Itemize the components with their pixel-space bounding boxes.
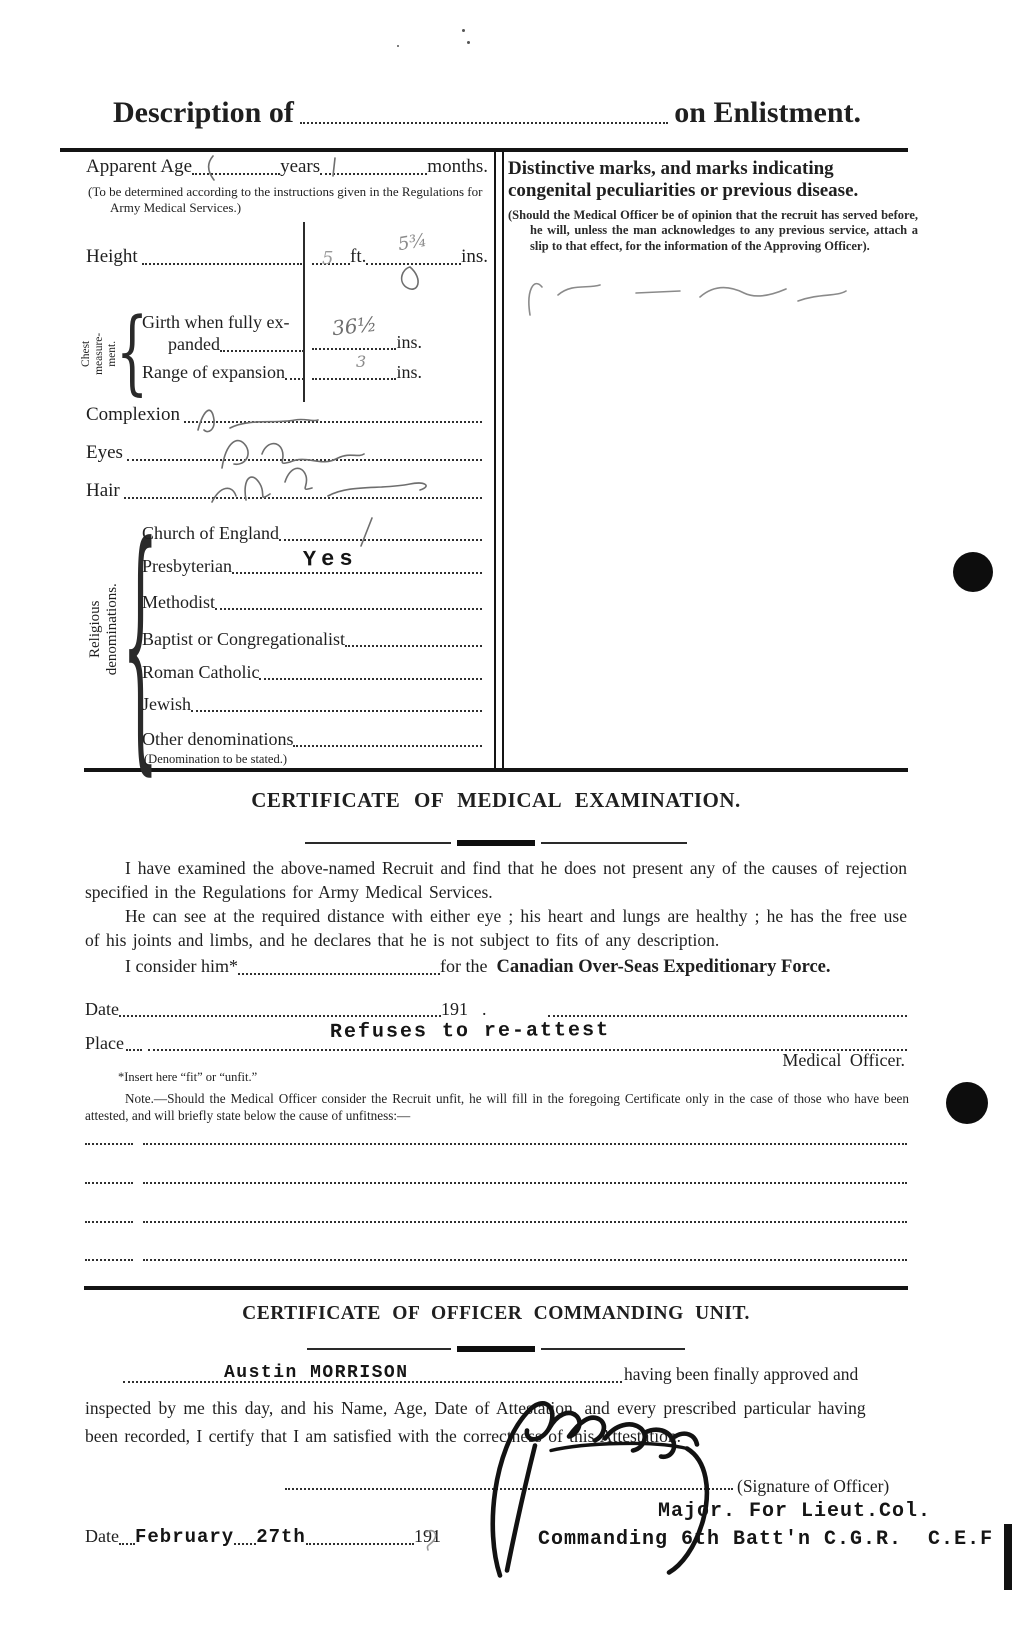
recruit-name-stamp: Austin MORRISON [224, 1363, 409, 1383]
title-prefix: Description of [113, 96, 294, 130]
officer-date-dots-c [306, 1543, 414, 1545]
officer-cert-ornament [307, 1346, 685, 1352]
officer-cert-heading: CERTIFICATE OF OFFICER COMMANDING UNIT. [85, 1303, 907, 1325]
unfit-note: Note.—Should the Medical Officer conside… [85, 1090, 909, 1124]
distinctive-marks-handwriting [529, 284, 846, 315]
date-day-stamp: 27th [256, 1526, 306, 1548]
officer-signature [455, 1388, 745, 1588]
title-blank-line [300, 122, 668, 124]
age-handwriting-mark [209, 156, 214, 180]
blank-rule-1 [85, 1143, 907, 1148]
medical-place-label: Place [85, 1033, 124, 1054]
approved-phrase: having been finally approved and [624, 1364, 908, 1385]
height-flourish-mark [402, 267, 418, 289]
medical-date-blank [119, 1015, 441, 1017]
title-suffix: on Enlistment. [674, 96, 861, 130]
age-months-handwriting-mark [333, 158, 335, 176]
officer-section-rule [84, 1286, 908, 1290]
place-blank-a [126, 1049, 142, 1051]
medical-cert-heading: CERTIFICATE OF MEDICAL EXAMINATION. [85, 788, 907, 813]
fit-blank [238, 973, 440, 975]
title-rule [60, 148, 908, 152]
medical-date-row: Date 191 . [85, 999, 907, 1020]
for-the-label: for the [440, 956, 487, 977]
form-title: Description of on Enlistment. [113, 96, 861, 130]
enlistment-form-page: Description of on Enlistment. Apparent A… [0, 0, 1012, 1632]
signature-caption: (Signature of Officer) [737, 1476, 889, 1497]
date-month-stamp: February [135, 1526, 234, 1548]
medical-signature-blank [548, 1015, 907, 1017]
punch-hole-top [953, 552, 993, 592]
medical-cert-ornament [305, 840, 687, 846]
scan-edge-artifact [1004, 1524, 1012, 1590]
insert-fit-note: *Insert here “fit” or “unfit.” [118, 1070, 257, 1085]
year-period: . [482, 999, 487, 1020]
officer-date-dots-b [234, 1543, 256, 1545]
ink-speck [397, 45, 399, 47]
rank-stamp: Major. For Lieut.Col. [658, 1500, 931, 1523]
ink-speck [462, 29, 465, 32]
officer-date-row: Date February 27th 191 [85, 1526, 441, 1548]
medical-cert-para2: He can see at the required distance with… [85, 904, 907, 952]
ink-speck [467, 41, 470, 44]
pencil-handwriting-overlay [80, 155, 910, 775]
year-prefix: 191 [441, 999, 468, 1020]
force-name: Canadian Over-Seas Expeditionary Force. [496, 957, 830, 978]
blank-rule-2 [85, 1182, 907, 1187]
complexion-handwriting [198, 410, 318, 431]
commanding-stamp: Commanding 6th Batt'n C.G.R. C.E.F [538, 1528, 993, 1551]
consider-label: I consider him* [125, 956, 238, 977]
blank-rule-3 [85, 1221, 907, 1226]
punch-hole-bottom [946, 1082, 988, 1124]
medical-cert-para1: I have examined the above-named Recruit … [85, 856, 907, 904]
consider-row: I consider him* for the Canadian Over-Se… [85, 956, 845, 978]
medical-date-label: Date [85, 999, 119, 1020]
blank-rule-4 [85, 1259, 907, 1264]
officer-year-handwriting-mark [418, 1524, 448, 1554]
officer-date-dots-a [119, 1543, 135, 1545]
hair-handwriting [212, 468, 426, 502]
officer-date-label: Date [85, 1526, 119, 1547]
eyes-handwriting [222, 441, 364, 468]
refuses-to-reattest-stamp: Refuses to re-attest [330, 1019, 610, 1044]
medical-officer-label: Medical Officer. [655, 1050, 905, 1071]
presbyterian-tick-mark [361, 518, 372, 546]
